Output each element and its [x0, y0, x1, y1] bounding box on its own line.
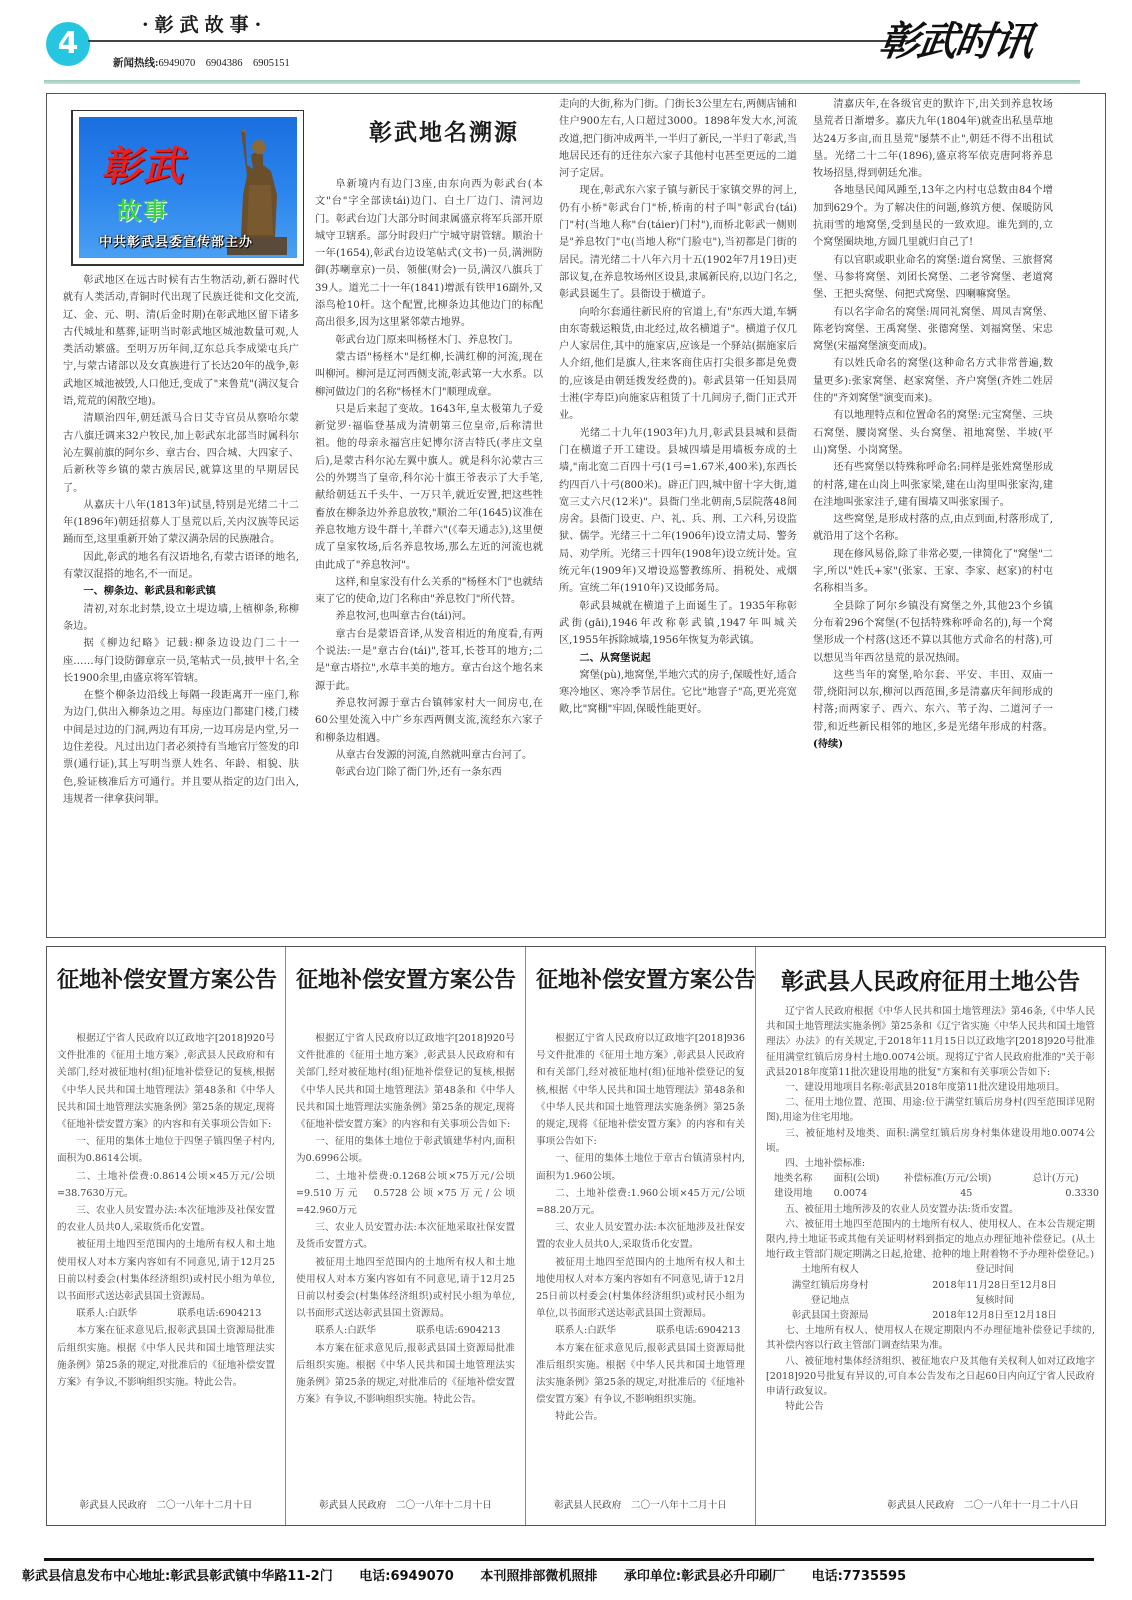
- article-column-1: 彰武地区在远古时候有古生物活动,新石器时代就有人类活动,青铜时代出现了民族迁徙和…: [63, 272, 299, 808]
- article-paragraph: 有以地理特点和位置命名的窝堡:元宝窝堡、三块石窝堡、腰岗窝堡、头台窝堡、祖地窝堡…: [813, 407, 1053, 459]
- notice-paragraph: 一、征用的集体土地位于章古台镇清泉村内,面积为1.960公顷。: [536, 1150, 745, 1184]
- notice-items: 一、建设用地项目名称:彰武县2018年度第11批次建设用地项目。二、征用土地位置…: [766, 1080, 1095, 1171]
- article-paragraph: 窝堡(pù),地窝堡,半地穴式的房子,保暖性好,适合寒冷地区、寒冷季节居住。它比…: [559, 667, 797, 719]
- article-paragraph: 据《柳边纪略》记载:柳条边设边门二十一座……每门设防御章京一员,笔帖式一员,披甲…: [63, 635, 299, 687]
- notice-signature: 彰武县人民政府 二〇一八年十一月二十八日: [756, 1497, 1105, 1511]
- table-cell: 45: [902, 1186, 1031, 1201]
- table-header-row: 地类名称 面积(公顷) 补偿标准(万元/公顷) 总计(万元): [772, 1171, 1101, 1186]
- notice-paragraph: 根据辽宁省人民政府以辽政地字[2018]920号文件批准的《征用土地方案》,彰武…: [296, 1030, 515, 1133]
- notice-body: 辽宁省人民政府根据《中华人民共和国土地管理法》第46条,《中华人民共和国土地管理…: [766, 1004, 1095, 1414]
- table-header: 地类名称: [772, 1171, 832, 1186]
- notice-paragraph: 二、土地补偿费:0.1268公顷×75万元/公顷=9.510万元 0.5728公…: [296, 1168, 515, 1220]
- notice-item: 五、被征用土地所涉及的农业人员安置办法:货币安置。: [766, 1202, 1095, 1217]
- compensation-standard-table: 地类名称 面积(公顷) 补偿标准(万元/公顷) 总计(万元) 建设用地 0.00…: [772, 1171, 1101, 1201]
- notice-item: 二、征用土地位置、范围、用途:位于满堂红镇后房身村(四至范围详见附图),用途为住…: [766, 1095, 1095, 1125]
- article-paragraph: 清顺治四年,朝廷派马合日艾寺官员从察哈尔蒙古八旗迁调来32户牧民,加上彰武东北部…: [63, 410, 299, 496]
- article-paragraph: 各地垦民闻风踵至,13年之内村屯总数由84个增加到629个。为了解决住的问题,修…: [813, 182, 1053, 251]
- article-paragraph: 清嘉庆年,在各级官吏的默许下,出关到养息牧场垦荒者日渐增多。嘉庆九年(1804年…: [813, 96, 1053, 182]
- article-paragraph: 这样,和皇家没有什么关系的"杨柽木门"也就结束了它的使命,边门名称由"养息牧门"…: [315, 574, 543, 609]
- table-row: 登记地点复核时间: [766, 1293, 1095, 1308]
- notice-title: 彰武县人民政府征用土地公告: [766, 963, 1095, 996]
- notice-item: 八、被征地村集体经济组织、被征地农户及其他有关权利人如对辽政地字[2018]92…: [766, 1354, 1095, 1400]
- article-paragraph: 向哈尔套通往新民府的官道上,有"东西大道,车辆由东寄载运粮货,由北经过,故名横道…: [559, 304, 797, 425]
- article-paragraph: 有以姓氏命名的窝堡(这种命名方式非常普遍,数量更多):张家窝堡、赵家窝堡、齐户窝…: [813, 355, 1053, 407]
- news-hotline: 新闻热线:6949070 6904386 6905151: [113, 55, 290, 70]
- table-cell: 2018年12月8日至12月18日: [894, 1308, 1095, 1323]
- notice-paragraph: 一、征用的集体土地位于彰武镇建华村内,面积为0.6996公顷。: [296, 1133, 515, 1167]
- notice-paragraph: 一、征用的集体土地位于四堡子镇四堡子村内,面积为0.8614公顷。: [57, 1133, 275, 1167]
- section-heading: 一、柳条边、彰武县和彰武镇: [63, 583, 299, 600]
- table-header: 补偿标准(万元/公顷): [902, 1171, 1031, 1186]
- article-paragraph: 在整个柳条边沿线上每隔一段距离开一座门,称为边门,供出入柳条边之用。每座边门都建…: [63, 687, 299, 808]
- notice-paragraph: 根据辽宁省人民政府以辽政地字[2018]920号文件批准的《征用土地方案》,彰武…: [57, 1030, 275, 1133]
- notice-item: 三、被征地村及地类、面积:满堂红镇后房身村集体建设用地0.0074公顷。: [766, 1126, 1095, 1156]
- contact-person: 联系人:白跃华: [76, 1308, 137, 1319]
- article-paragraph: 这些窝堡,是形成村落的点,由点到面,村落形成了,就沿用了这个名称。: [813, 511, 1053, 546]
- article-title: 彰武地名溯源: [369, 114, 519, 147]
- table-cell: 满堂红镇后房身村: [766, 1278, 894, 1293]
- table-cell: 2018年11月28日至12月8日: [894, 1278, 1095, 1293]
- notice-paragraph: 三、农业人员安置办法:本次征地采取社保安置及货币安置方式。: [296, 1219, 515, 1253]
- hotline-label: 新闻热线:: [113, 58, 159, 69]
- footer-divider: [44, 1558, 1094, 1561]
- notice-paragraph: 三、农业人员安置办法:本次征地涉及社保安置的农业人员共0人,采取货币化安置。: [536, 1219, 745, 1253]
- footer-phone: 电话:6949070: [359, 1569, 454, 1584]
- article-column-3: 走向的大街,称为门街。门街长3公里左右,两侧店铺和住户900左右,人口超过300…: [559, 96, 797, 719]
- table-row: 彰武县国土资源局2018年12月8日至12月18日: [766, 1308, 1095, 1323]
- feature-article: 彰武 故事 中共彰武县委宣传部主办 彰武地名溯源 彰武地区在远古时候有古生物活动…: [46, 93, 1106, 938]
- compensation-notice-2: 征地补偿安置方案公告 根据辽宁省人民政府以辽政地字[2018]920号文件批准的…: [285, 947, 525, 1525]
- compensation-notice-1: 征地补偿安置方案公告 根据辽宁省人民政府以辽政地字[2018]920号文件批准的…: [47, 947, 285, 1525]
- compensation-notice-3: 征地补偿安置方案公告 根据辽宁省人民政府以辽政地字[2018]936号文件批准的…: [525, 947, 755, 1525]
- contact-phone: 联系电话:6904213: [177, 1308, 261, 1319]
- notice-paragraph: 根据辽宁省人民政府以辽政地字[2018]936号文件批准的《征用土地方案》,彰武…: [536, 1030, 745, 1150]
- registration-table: 土地所有权人登记时间 满堂红镇后房身村2018年11月28日至12月8日 登记地…: [766, 1262, 1095, 1323]
- notice-body: 根据辽宁省人民政府以辽政地字[2018]936号文件批准的《征用土地方案》,彰武…: [536, 1030, 745, 1426]
- header-accent-rule: [44, 80, 1080, 84]
- notice-paragraph: 被征用土地四至范围内的土地所有权人和土地使用权人对本方案内容如有不同意见,请于1…: [536, 1254, 745, 1323]
- article-paragraph: 养息牧河,也叫章古台(tái)河。: [315, 608, 543, 625]
- table-row: 建设用地 0.0074 45 0.3330: [772, 1186, 1101, 1201]
- article-paragraph: 清初,对东北封禁,设立土堤边墙,上植柳条,称柳条边。: [63, 601, 299, 636]
- notice-paragraph: 特此公告。: [536, 1408, 745, 1425]
- article-paragraph: 光绪二十九年(1903年)九月,彰武县县城和县衙门在横道子开工建设。县城四墙是用…: [559, 425, 797, 598]
- article-paragraph: 彰武台边门除了衙门外,还有一条东西: [315, 764, 543, 781]
- notice-title: 征地补偿安置方案公告: [57, 963, 275, 994]
- footer-printer-phone: 电话:7735595: [812, 1569, 907, 1584]
- notice-contact: 联系人:白跃华联系电话:6904213: [536, 1322, 745, 1339]
- notice-paragraph: 二、土地补偿费:1.960公顷×45万元/公顷=88.20万元。: [536, 1185, 745, 1219]
- notice-item: 七、土地所有权人、使用权人在规定期限内不办理征地补偿登记手续的,其补偿内容以行政…: [766, 1323, 1095, 1353]
- notice-item: 一、建设用地项目名称:彰武县2018年度第11批次建设用地项目。: [766, 1080, 1095, 1095]
- table-row: 土地所有权人登记时间: [766, 1262, 1095, 1277]
- banner-host: 中共彰武县委宣传部主办: [99, 231, 253, 250]
- notice-items: 七、土地所有权人、使用权人在规定期限内不办理征地补偿登记手续的,其补偿内容以行政…: [766, 1323, 1095, 1414]
- notice-signature: 彰武县人民政府 二〇一八年十二月十日: [526, 1497, 755, 1511]
- table-cell: 土地所有权人: [766, 1262, 894, 1277]
- notice-paragraph: 被征用土地四至范围内的土地所有权人和土地使用权人对本方案内容如有不同意见,请于1…: [296, 1254, 515, 1323]
- notice-intro: 辽宁省人民政府根据《中华人民共和国土地管理法》第46条,《中华人民共和国土地管理…: [766, 1004, 1095, 1080]
- notice-paragraph: 二、土地补偿费:0.8614公顷×45万元/公顷=38.7630万元。: [57, 1168, 275, 1202]
- banner-subtitle: 故事: [117, 191, 169, 226]
- notice-item: 特此公告: [766, 1399, 1095, 1414]
- notice-signature: 彰武县人民政府 二〇一八年十二月十日: [286, 1497, 525, 1511]
- section-heading: 二、从窝堡说起: [559, 650, 797, 667]
- table-cell: 登记地点: [766, 1293, 894, 1308]
- article-paragraph: 有以名字命名的窝堡:周同礼窝堡、周凤吉窝堡、陈老钧窝堡、王禹窝堡、张德窝堡、刘福…: [813, 304, 1053, 356]
- article-paragraph: 这些当年的窝堡,哈尔套、平安、丰田、双庙一带,绕阳河以东,柳河以西范围,多是清嘉…: [813, 667, 1053, 753]
- table-cell: 建设用地: [772, 1186, 832, 1201]
- article-paragraph: 从章古台发源的河流,自然就叫章古台河了。: [315, 747, 543, 764]
- newspaper-logo: 彰武时讯: [876, 10, 1036, 67]
- notice-paragraph: 本方案在征求意见后,报彰武县国土资源局批准后组织实施。根据《中华人民共和国土地管…: [296, 1340, 515, 1409]
- notice-paragraph: 被征用土地四至范围内的土地所有权人和土地使用权人对本方案内容如有不同意见,请于1…: [57, 1236, 275, 1305]
- notice-item: 四、土地补偿标准:: [766, 1156, 1095, 1171]
- article-paragraph: 从嘉庆十八年(1813年)试垦,特别是光绪二十二年(1896年)朝廷招募人丁垦荒…: [63, 497, 299, 549]
- article-paragraph: 彰武台边门原来叫杨柽木门、养息牧门。: [315, 332, 543, 349]
- article-paragraph: 因此,彰武的地名有汉语地名,有蒙古语译的地名,有蒙汉混搭的地名,不一而足。: [63, 549, 299, 584]
- notice-signature: 彰武县人民政府 二〇一八年十二月十日: [47, 1497, 285, 1511]
- hotline-numbers: 6949070 6904386 6905151: [159, 58, 290, 69]
- table-cell: 0.3330: [1031, 1186, 1101, 1201]
- notice-paragraph: 本方案在征求意见后,报彰武县国土资源局批准后组织实施。根据《中华人民共和国土地管…: [57, 1322, 275, 1391]
- banner-title: 彰武: [101, 135, 185, 192]
- article-column-2: 阜新境内有边门3座,由东向西为彰武台(本文"台"字全部读tái)边门、白土厂边门…: [315, 176, 543, 781]
- notice-paragraph: 本方案在征求意见后,报彰武县国土资源局批准后组织实施。根据《中华人民共和国土地管…: [536, 1340, 745, 1409]
- column-banner-frame: 彰武 故事 中共彰武县委宣传部主办: [71, 110, 304, 266]
- table-cell: 登记时间: [894, 1262, 1095, 1277]
- article-column-4: 清嘉庆年,在各级官吏的默许下,出关到养息牧场垦荒者日渐增多。嘉庆九年(1804年…: [813, 96, 1053, 753]
- notice-title: 征地补偿安置方案公告: [536, 963, 745, 994]
- table-header: 面积(公顷): [832, 1171, 902, 1186]
- table-cell: 0.0074: [832, 1186, 902, 1201]
- section-title: ·彰武故事·: [142, 10, 267, 37]
- footer: 彰武县信息发布中心地址:彰武县彰武镇中华路11-2门 电话:6949070 本刊…: [22, 1565, 1122, 1584]
- article-paragraph: 全县除了阿尔乡镇没有窝堡之外,其他23个乡镇分布着296个窝堡(不包括特殊称呼命…: [813, 598, 1053, 667]
- contact-phone: 联系电话:6904213: [416, 1325, 500, 1336]
- header-divider: [88, 40, 916, 42]
- footer-printer: 承印单位:彰武县必升印刷厂: [624, 1569, 785, 1584]
- table-row: 满堂红镇后房身村2018年11月28日至12月8日: [766, 1278, 1095, 1293]
- land-requisition-notice: 彰武县人民政府征用土地公告 辽宁省人民政府根据《中华人民共和国土地管理法》第46…: [755, 947, 1105, 1525]
- contact-phone: 联系电话:6904213: [656, 1325, 740, 1336]
- contact-person: 联系人:白跃华: [315, 1325, 376, 1336]
- article-paragraph: 养息牧河源于章古台镇韩家村大一间房屯,在60公里处流入中广乡东西两侧支流,流经东…: [315, 695, 543, 747]
- footer-address: 彰武县信息发布中心地址:彰武县彰武镇中华路11-2门: [22, 1569, 333, 1584]
- footer-typeset: 本刊照排部微机照排: [480, 1569, 597, 1584]
- article-paragraph: 章古台是蒙语音译,从发音相近的角度看,有两个说法:一是"章古台(tái)",苍耳…: [315, 626, 543, 695]
- table-cell: 复核时间: [894, 1293, 1095, 1308]
- notice-contact: 联系人:白跃华联系电话:6904213: [296, 1322, 515, 1339]
- article-paragraph: 现在,彰武东六家子镇与新民于家镇交界的河上,仍有小桥"彰武台门"桥,桥南的村子叫…: [559, 182, 797, 303]
- article-paragraph: 现在修风易俗,除了非常必要,一律简化了"窝堡"二字,所以"姓氏+家"(张家、王家…: [813, 546, 1053, 598]
- article-paragraph: 还有些窝堡以特殊称呼命名:同样是张姓窝堡形成的村落,建在山岗上叫张家梁,建在山沟…: [813, 459, 1053, 511]
- table-header: 总计(万元): [1031, 1171, 1101, 1186]
- page-number-badge: 4: [46, 22, 90, 66]
- notice-paragraph: 三、农业人员安置办法:本次征地涉及社保安置的农业人员共0人,采取货币化安置。: [57, 1202, 275, 1236]
- notice-contact: 联系人:白跃华联系电话:6904213: [57, 1305, 275, 1322]
- notice-item: 六、被征用土地四至范围内的土地所有权人、使用权人、在本公告规定期限内,持土地证书…: [766, 1217, 1095, 1263]
- article-paragraph: 蒙古语"杨柽木"是红柳,长满红柳的河流,现在叫柳河。柳河是辽河西侧支流,彰武第一…: [315, 349, 543, 401]
- notice-title: 征地补偿安置方案公告: [296, 963, 515, 994]
- article-paragraph: 彰武地区在远古时候有古生物活动,新石器时代就有人类活动,青铜时代出现了民族迁徙和…: [63, 272, 299, 410]
- article-paragraph: 有以官职或职业命名的窝堡:道台窝堡、三旅督窝堡、马参将窝堡、刘团长窝堡、二老爷窝…: [813, 252, 1053, 304]
- notice-body: 根据辽宁省人民政府以辽政地字[2018]920号文件批准的《征用土地方案》,彰武…: [296, 1030, 515, 1408]
- notices-section: 征地补偿安置方案公告 根据辽宁省人民政府以辽政地字[2018]920号文件批准的…: [46, 946, 1106, 1526]
- article-paragraph: 彰武县城就在横道子上面诞生了。1935年称彰武街(gāi),1946年改称彰武镇…: [559, 598, 797, 650]
- table-cell: 彰武县国土资源局: [766, 1308, 894, 1323]
- column-banner: 彰武 故事 中共彰武县委宣传部主办: [79, 117, 297, 258]
- to-be-continued: (待续): [813, 738, 843, 750]
- masthead: 4 ·彰武故事· 新闻热线:6949070 6904386 6905151 彰武…: [0, 0, 1132, 90]
- article-paragraph: 只是后来起了变故。1643年,皇太极第九子爱新觉罗·福临登基成为清朝第三位皇帝,…: [315, 401, 543, 574]
- contact-person: 联系人:白跃华: [555, 1325, 616, 1336]
- article-paragraph: 走向的大街,称为门街。门街长3公里左右,两侧店铺和住户900左右,人口超过300…: [559, 96, 797, 182]
- article-paragraph: 阜新境内有边门3座,由东向西为彰武台(本文"台"字全部读tái)边门、白土厂边门…: [315, 176, 543, 332]
- notice-items: 五、被征用土地所涉及的农业人员安置办法:货币安置。六、被征用土地四至范围内的土地…: [766, 1202, 1095, 1263]
- notice-body: 根据辽宁省人民政府以辽政地字[2018]920号文件批准的《征用土地方案》,彰武…: [57, 1030, 275, 1391]
